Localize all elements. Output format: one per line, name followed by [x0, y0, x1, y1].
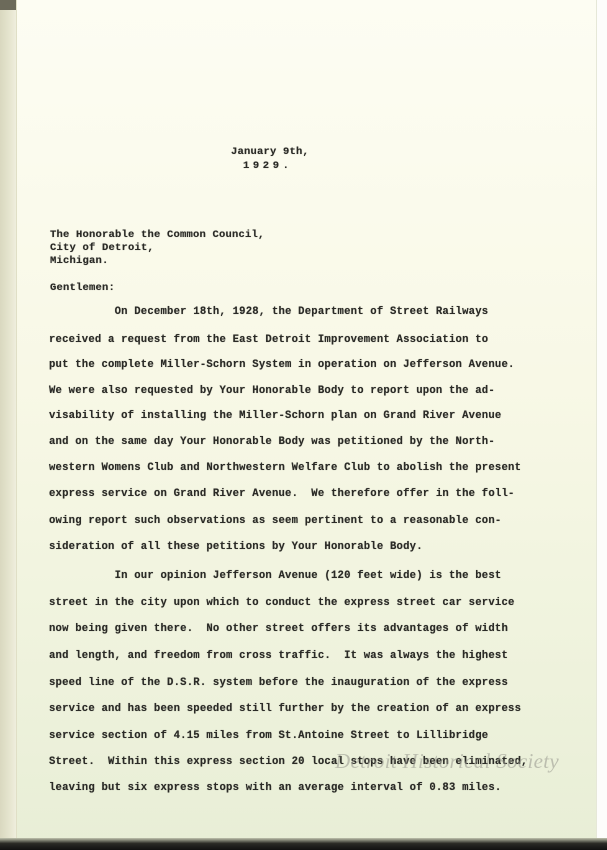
body-line: service and has been speeded still furth…	[49, 703, 521, 715]
body-line: western Womens Club and Northwestern Wel…	[49, 462, 521, 474]
scan-right-border	[596, 0, 607, 850]
body-line: speed line of the D.S.R. system before t…	[49, 677, 508, 689]
paper-bottom-edge	[0, 838, 607, 850]
paper-corner-shadow	[0, 0, 16, 10]
paper-left-edge	[0, 0, 17, 850]
body-line: On December 18th, 1928, the Department o…	[49, 306, 488, 318]
body-line: owing report such observations as seem p…	[49, 515, 501, 527]
body-line: and length, and freedom from cross traff…	[49, 650, 508, 662]
body-line: now being given there. No other street o…	[49, 623, 508, 635]
body-line: service section of 4.15 miles from St.An…	[49, 730, 488, 742]
body-line: and on the same day Your Honorable Body …	[49, 436, 495, 448]
scanned-page	[0, 0, 607, 850]
letter-date: January 9th,	[231, 146, 309, 158]
body-line: sideration of all these petitions by You…	[49, 541, 423, 553]
addressee-line: The Honorable the Common Council,	[50, 229, 265, 241]
addressee-line: Michigan.	[50, 255, 109, 267]
body-line: In our opinion Jefferson Avenue (120 fee…	[49, 570, 501, 582]
body-line: street in the city upon which to conduct…	[49, 597, 515, 609]
letter-year: 1929.	[243, 160, 293, 172]
body-line: put the complete Miller-Schorn System in…	[49, 359, 515, 371]
addressee-line: City of Detroit,	[50, 242, 154, 254]
body-line: express service on Grand River Avenue. W…	[49, 488, 515, 500]
watermark: Detroit Historical Society	[335, 749, 559, 774]
body-line: We were also requested by Your Honorable…	[49, 385, 495, 397]
body-line: received a request from the East Detroit…	[49, 334, 488, 346]
body-line: visability of installing the Miller-Scho…	[49, 410, 501, 422]
body-line: leaving but six express stops with an av…	[49, 782, 501, 794]
salutation: Gentlemen:	[50, 282, 115, 294]
